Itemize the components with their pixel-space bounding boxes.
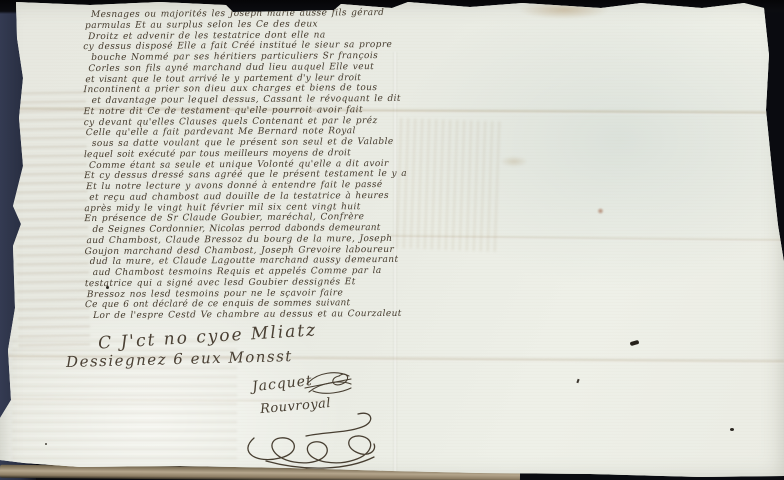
manuscript-paper: Mesnages ou majorités les Joseph marie a… (0, 0, 784, 480)
horizontal-fold-crease-middle (390, 234, 784, 242)
signature-flourish-icon (236, 408, 380, 468)
ink-speck (576, 379, 579, 383)
ink-speck (45, 443, 47, 445)
ink-showthrough-left-margin (14, 91, 90, 347)
manuscript-text-body: Mesnages ou majorités les Joseph marie a… (83, 8, 399, 322)
stain-right-page (500, 156, 528, 167)
manuscript-line: sous sa datte voulant que le présent son… (92, 137, 398, 150)
manuscript-photo: Mesnages ou majorités les Joseph marie a… (0, 0, 784, 480)
manuscript-line: testatrice qui a signé avec lesd Goubier… (85, 277, 399, 290)
stain-spot (597, 208, 604, 214)
manuscript-line: Lor de l'espre Cestd Ve chambre au dessu… (93, 309, 399, 322)
ink-speck (630, 340, 640, 346)
signature-paraph-icon (303, 368, 359, 396)
ink-showthrough-right-page (396, 118, 505, 252)
ink-speck (730, 428, 734, 431)
